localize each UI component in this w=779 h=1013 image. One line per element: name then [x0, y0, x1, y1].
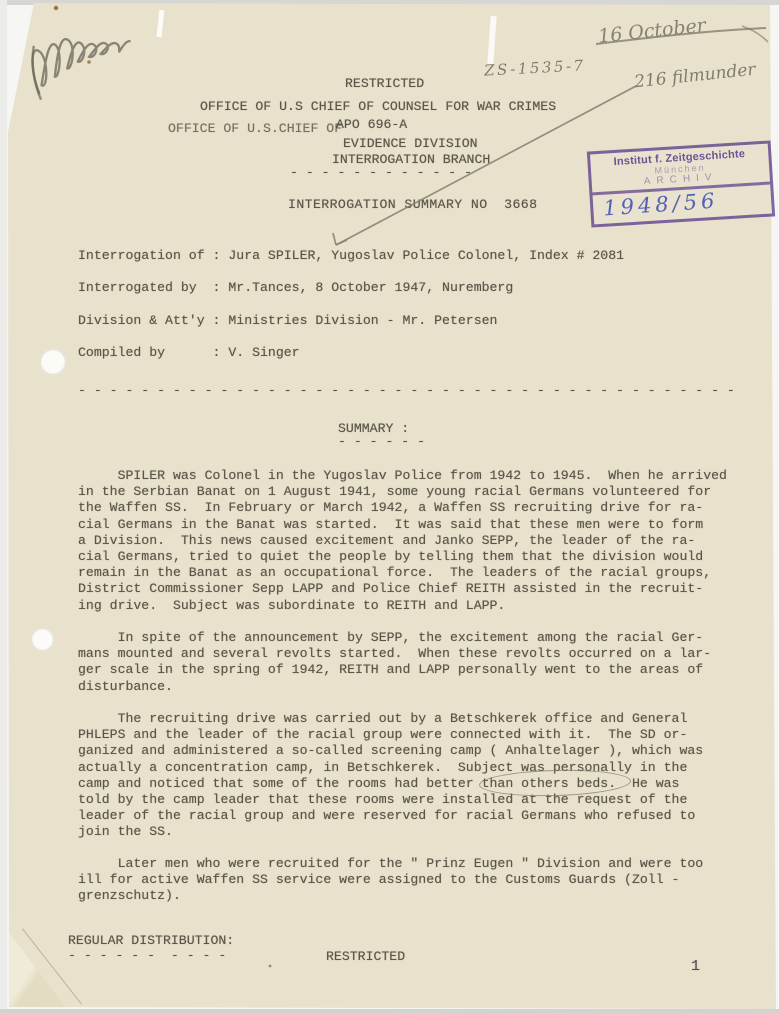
division-line: EVIDENCE DIVISION [343, 136, 478, 152]
meta-row-interrogated-by: Interrogated by : Mr.Tances, 8 October 1… [78, 280, 513, 296]
summary-paragraph-4: Later men who were recruited for the " P… [78, 856, 703, 905]
office-line: OFFICE OF U.S CHIEF OF COUNSEL FOR WAR C… [200, 99, 556, 115]
scanner-edge-bottom [0, 1009, 779, 1013]
scanner-edge-left [0, 0, 7, 1013]
distribution-label: REGULAR DISTRIBUTION: [68, 933, 234, 949]
page-number: 1 [691, 959, 700, 975]
meta-row-interrogation-of: Interrogation of : Jura SPILER, Yugoslav… [78, 248, 624, 264]
summary-heading-dashes: - - - - - - [338, 434, 425, 450]
apo-line: APO 696-A [336, 117, 407, 133]
folded-corner [8, 931, 66, 1008]
summary-paragraph-1: SPILER was Colonel in the Yugoslav Polic… [78, 468, 727, 614]
archive-stamp: Institut f. Zeitgeschichte München ARCHI… [587, 140, 775, 227]
punch-hole-top [40, 349, 66, 375]
distribution-dashes: - - - - - - - - - - [68, 948, 226, 964]
office-retype-line: OFFICE OF U.S.CHIEF OF [168, 121, 342, 137]
document-title: INTERROGATION SUMMARY NO 3668 [288, 197, 537, 213]
meta-row-compiled-by: Compiled by : V. Singer [78, 345, 300, 361]
header-dashed-rule: - - - - - - - - - - - - [290, 165, 472, 181]
summary-paragraph-2: In spite of the announcement by SEPP, th… [78, 630, 711, 695]
scanned-document-page: RESTRICTED OFFICE OF U.S CHIEF OF COUNSE… [0, 0, 779, 1013]
classification-footer: RESTRICTED [326, 949, 405, 965]
punch-hole-bottom [31, 628, 54, 651]
meta-row-division-attorney: Division & Att'y : Ministries Division -… [78, 313, 497, 329]
classification-header: RESTRICTED [345, 76, 424, 92]
section-separator-dashes: - - - - - - - - - - - - - - - - - - - - … [78, 383, 743, 399]
